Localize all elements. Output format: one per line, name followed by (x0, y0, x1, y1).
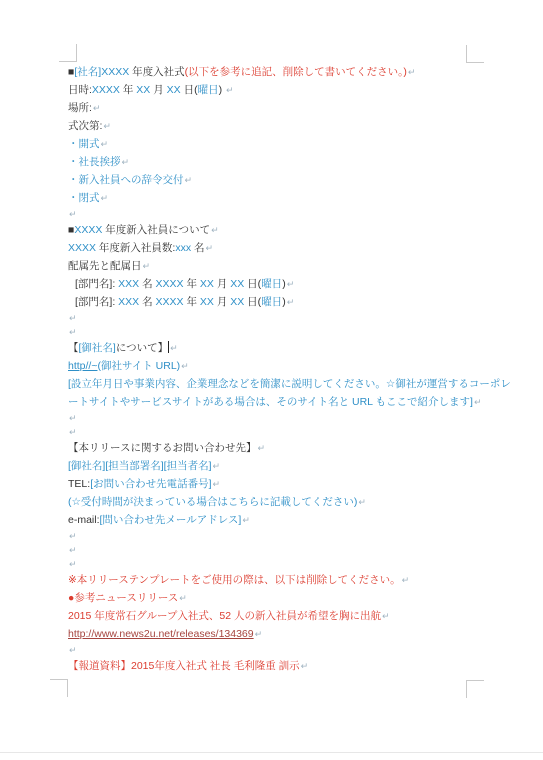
text-segment: (以下を参考に追記、削除して書いてください。) (185, 66, 407, 78)
agenda-item-president-speech: ・社長挨拶↵ (68, 153, 528, 171)
blank-line: ↵ (68, 207, 528, 221)
text-segment: ・社長挨拶 (68, 156, 121, 168)
text-segment: ※本リリーステンプレートをご使用の際は、以下は削除してください。 (68, 574, 401, 586)
contact-tel-line: TEL:[お問い合わせ先電話番号]↵ (68, 475, 528, 493)
text-segment: 年度新入社員について (102, 224, 210, 236)
contact-email-line: e-mail:[問い合わせ先メールアドレス]↵ (68, 511, 528, 529)
text-segment: ・開式 (68, 138, 100, 150)
text-segment: 年 (120, 84, 136, 96)
paragraph-return-mark: ↵ (100, 193, 109, 203)
text-segment: XXXX (92, 84, 120, 96)
text-segment: ・閉式 (68, 192, 100, 204)
document-page: ■[社名]XXXX 年度入社式(以下を参考に追記、削除して書いてください。)↵日… (0, 0, 543, 760)
text-segment: 年 (184, 278, 200, 290)
text-segment: 日( (181, 84, 198, 96)
text-segment: 【本リリースに関するお問い合わせ先】 (68, 442, 256, 454)
text-segment: 月 (150, 84, 166, 96)
paragraph-return-mark: ↵ (68, 545, 77, 555)
blank-line: ↵ (68, 543, 528, 557)
text-segment: XX (136, 84, 150, 96)
text-segment: e-mail: (68, 514, 100, 526)
text-segment: [御社名] (79, 342, 116, 354)
paragraph-return-mark: ↵ (68, 209, 77, 219)
paragraph-return-mark: ↵ (401, 575, 410, 585)
release-title-line: ■[社名]XXXX 年度入社式(以下を参考に追記、削除して書いてください。)↵ (68, 63, 528, 81)
paragraph-return-mark: ↵ (100, 139, 109, 149)
paragraph-return-mark: ↵ (225, 85, 234, 95)
text-segment: 名 (139, 278, 155, 290)
text-segment: XX (200, 278, 214, 290)
new-employees-header-line: ■XXXX 年度新入社員について↵ (68, 221, 528, 239)
paragraph-return-mark: ↵ (142, 261, 151, 271)
paragraph-return-mark: ↵ (68, 645, 77, 655)
assignment-header-line: 配属先と配属日↵ (68, 257, 528, 275)
text-segment: 月 (214, 278, 230, 290)
company-url-line: http//~(御社サイト URL)↵ (68, 357, 528, 375)
blank-line: ↵ (68, 557, 528, 571)
text-segment: ・新入社員への辞令交付 (68, 174, 184, 186)
text-segment: ートサイトやサービスサイトがある場合は、そのサイト名と URL もここで紹介しま… (68, 396, 473, 408)
text-segment: [設立年月日や事業内容、企業理念などを簡潔に説明してください。☆御社が運営するコ… (68, 378, 511, 390)
blank-line: ↵ (68, 311, 528, 325)
text-segment: [御社名][担当部署名][担当者名] (68, 460, 212, 472)
text-segment: 名 (139, 296, 155, 308)
text-segment: xxx (175, 242, 191, 254)
blank-line: ↵ (68, 529, 528, 543)
paragraph-return-mark: ↵ (178, 593, 187, 603)
paragraph-return-mark: ↵ (300, 661, 309, 671)
agenda-item-closing: ・閉式↵ (68, 189, 528, 207)
contact-hours-line: (☆受付時間が決まっている場合はこちらに記載してください)↵ (68, 493, 528, 511)
text-segment: XXXX (68, 242, 96, 254)
paragraph-return-mark: ↵ (180, 361, 189, 371)
text-segment: [社名] (74, 66, 101, 78)
paragraph-return-mark: ↵ (241, 515, 250, 525)
text-segment: [部門名]: (75, 296, 118, 308)
text-segment: 日( (244, 296, 261, 308)
text-segment: XX (230, 278, 244, 290)
text-segment: 式次第: (68, 120, 102, 132)
blank-line: ↵ (68, 643, 528, 657)
text-segment: TEL: (68, 478, 90, 490)
paragraph-return-mark: ↵ (254, 629, 263, 639)
text-segment: 曜日 (261, 278, 282, 290)
text-segment: XX (167, 84, 181, 96)
paragraph-return-mark: ↵ (102, 121, 111, 131)
company-description-line-1: [設立年月日や事業内容、企業理念などを簡潔に説明してください。☆御社が運営するコ… (68, 375, 528, 393)
blank-line: ↵ (68, 411, 528, 425)
text-segment: XXXX (156, 278, 184, 290)
assignment-line-1: [部門名]: XXX 名 XXXX 年 XX 月 XX 日(曜日)↵ (68, 275, 528, 293)
paragraph-return-mark: ↵ (473, 397, 482, 407)
text-segment: 場所: (68, 102, 92, 114)
text-segment: について】 (116, 342, 168, 354)
text-segment: (☆受付時間が決まっている場合はこちらに記載してください) (68, 496, 357, 508)
blank-line: ↵ (68, 325, 528, 339)
text-segment: [お問い合わせ先電話番号] (90, 478, 211, 490)
paragraph-return-mark: ↵ (357, 497, 366, 507)
agenda-item-appointment-letters: ・新入社員への辞令交付↵ (68, 171, 528, 189)
crop-mark-bottom-left (50, 679, 68, 697)
text-segment: 曜日 (261, 296, 282, 308)
reference-url-line: http://www.news2u.net/releases/134369↵ (68, 625, 528, 643)
text-segment: [部門名]: (75, 278, 118, 290)
crop-mark-top-right (466, 45, 484, 63)
paragraph-return-mark: ↵ (68, 313, 77, 323)
paragraph-return-mark: ↵ (169, 343, 178, 353)
text-segment: 名 (191, 242, 204, 254)
text-segment: 【 (68, 342, 79, 354)
paragraph-return-mark: ↵ (184, 175, 193, 185)
template-note-line: ※本リリーステンプレートをご使用の際は、以下は削除してください。↵ (68, 571, 528, 589)
text-segment: 日時: (68, 84, 92, 96)
paragraph-return-mark: ↵ (286, 297, 295, 307)
paragraph-return-mark: ↵ (68, 427, 77, 437)
paragraph-return-mark: ↵ (92, 103, 101, 113)
paragraph-return-mark: ↵ (286, 279, 295, 289)
text-segment: 年 (184, 296, 200, 308)
paragraph-return-mark: ↵ (381, 611, 390, 621)
paragraph-return-mark: ↵ (212, 461, 221, 471)
reference-header-line: ●参考ニュースリリース↵ (68, 589, 528, 607)
text-segment: XX (200, 296, 214, 308)
text-segment: XX (230, 296, 244, 308)
agenda-item-opening: ・開式↵ (68, 135, 528, 153)
paragraph-return-mark: ↵ (256, 443, 265, 453)
text-segment: 日( (244, 278, 261, 290)
text-segment: (御社サイト URL) (97, 360, 180, 372)
paragraph-return-mark: ↵ (121, 157, 130, 167)
company-description-line-2: ートサイトやサービスサイトがある場合は、そのサイト名と URL もここで紹介しま… (68, 393, 528, 411)
text-segment: [問い合わせ先メールアドレス] (100, 514, 242, 526)
paragraph-return-mark: ↵ (210, 225, 219, 235)
text-segment: ●参考ニュースリリース (68, 592, 178, 604)
contact-names-line: [御社名][担当部署名][担当者名]↵ (68, 457, 528, 475)
text-segment: 配属先と配属日 (68, 260, 142, 272)
text-segment: 年度新入社員数: (96, 242, 175, 254)
press-material-line: 【報道資料】2015年度入社式 社長 毛利隆重 訓示↵ (68, 657, 528, 675)
paragraph-return-mark: ↵ (68, 413, 77, 423)
document-content: ■[社名]XXXX 年度入社式(以下を参考に追記、削除して書いてください。)↵日… (68, 63, 528, 675)
text-segment: 年度入社式 (129, 66, 184, 78)
crop-mark-top-left (59, 44, 77, 62)
contact-header-line: 【本リリースに関するお問い合わせ先】↵ (68, 439, 528, 457)
reference-release-link[interactable]: http://www.news2u.net/releases/134369 (68, 628, 254, 640)
page-bottom-edge (0, 752, 543, 753)
text-segment: XXXX (74, 224, 102, 236)
paragraph-return-mark: ↵ (212, 479, 221, 489)
text-segment: XXXX (156, 296, 184, 308)
text-segment: XXX (118, 278, 139, 290)
datetime-line: 日時:XXXX 年 XX 月 XX 日(曜日) ↵ (68, 81, 528, 99)
agenda-header-line: 式次第:↵ (68, 117, 528, 135)
text-segment: XXXX (101, 66, 129, 78)
about-company-header-line: 【[御社名]について】↵ (68, 339, 528, 357)
paragraph-return-mark: ↵ (205, 243, 214, 253)
new-employees-count-line: XXXX 年度新入社員数:xxx 名↵ (68, 239, 528, 257)
paragraph-return-mark: ↵ (68, 327, 77, 337)
text-segment: 【報道資料】2015年度入社式 社長 毛利隆重 訓示 (68, 660, 300, 672)
paragraph-return-mark: ↵ (68, 559, 77, 569)
text-segment: 月 (214, 296, 230, 308)
text-segment: XXX (118, 296, 139, 308)
crop-mark-bottom-right (466, 680, 484, 698)
text-segment: 曜日 (198, 84, 219, 96)
place-line: 場所:↵ (68, 99, 528, 117)
reference-release-title-line: 2015 年度常石グループ入社式、52 人の新入社員が希望を胸に出航↵ (68, 607, 528, 625)
assignment-line-2: [部門名]: XXX 名 XXXX 年 XX 月 XX 日(曜日)↵ (68, 293, 528, 311)
paragraph-return-mark: ↵ (407, 67, 416, 77)
text-segment: 2015 年度常石グループ入社式、52 人の新入社員が希望を胸に出航 (68, 610, 381, 622)
company-site-url-link[interactable]: http//~ (68, 360, 97, 372)
paragraph-return-mark: ↵ (68, 531, 77, 541)
blank-line: ↵ (68, 425, 528, 439)
